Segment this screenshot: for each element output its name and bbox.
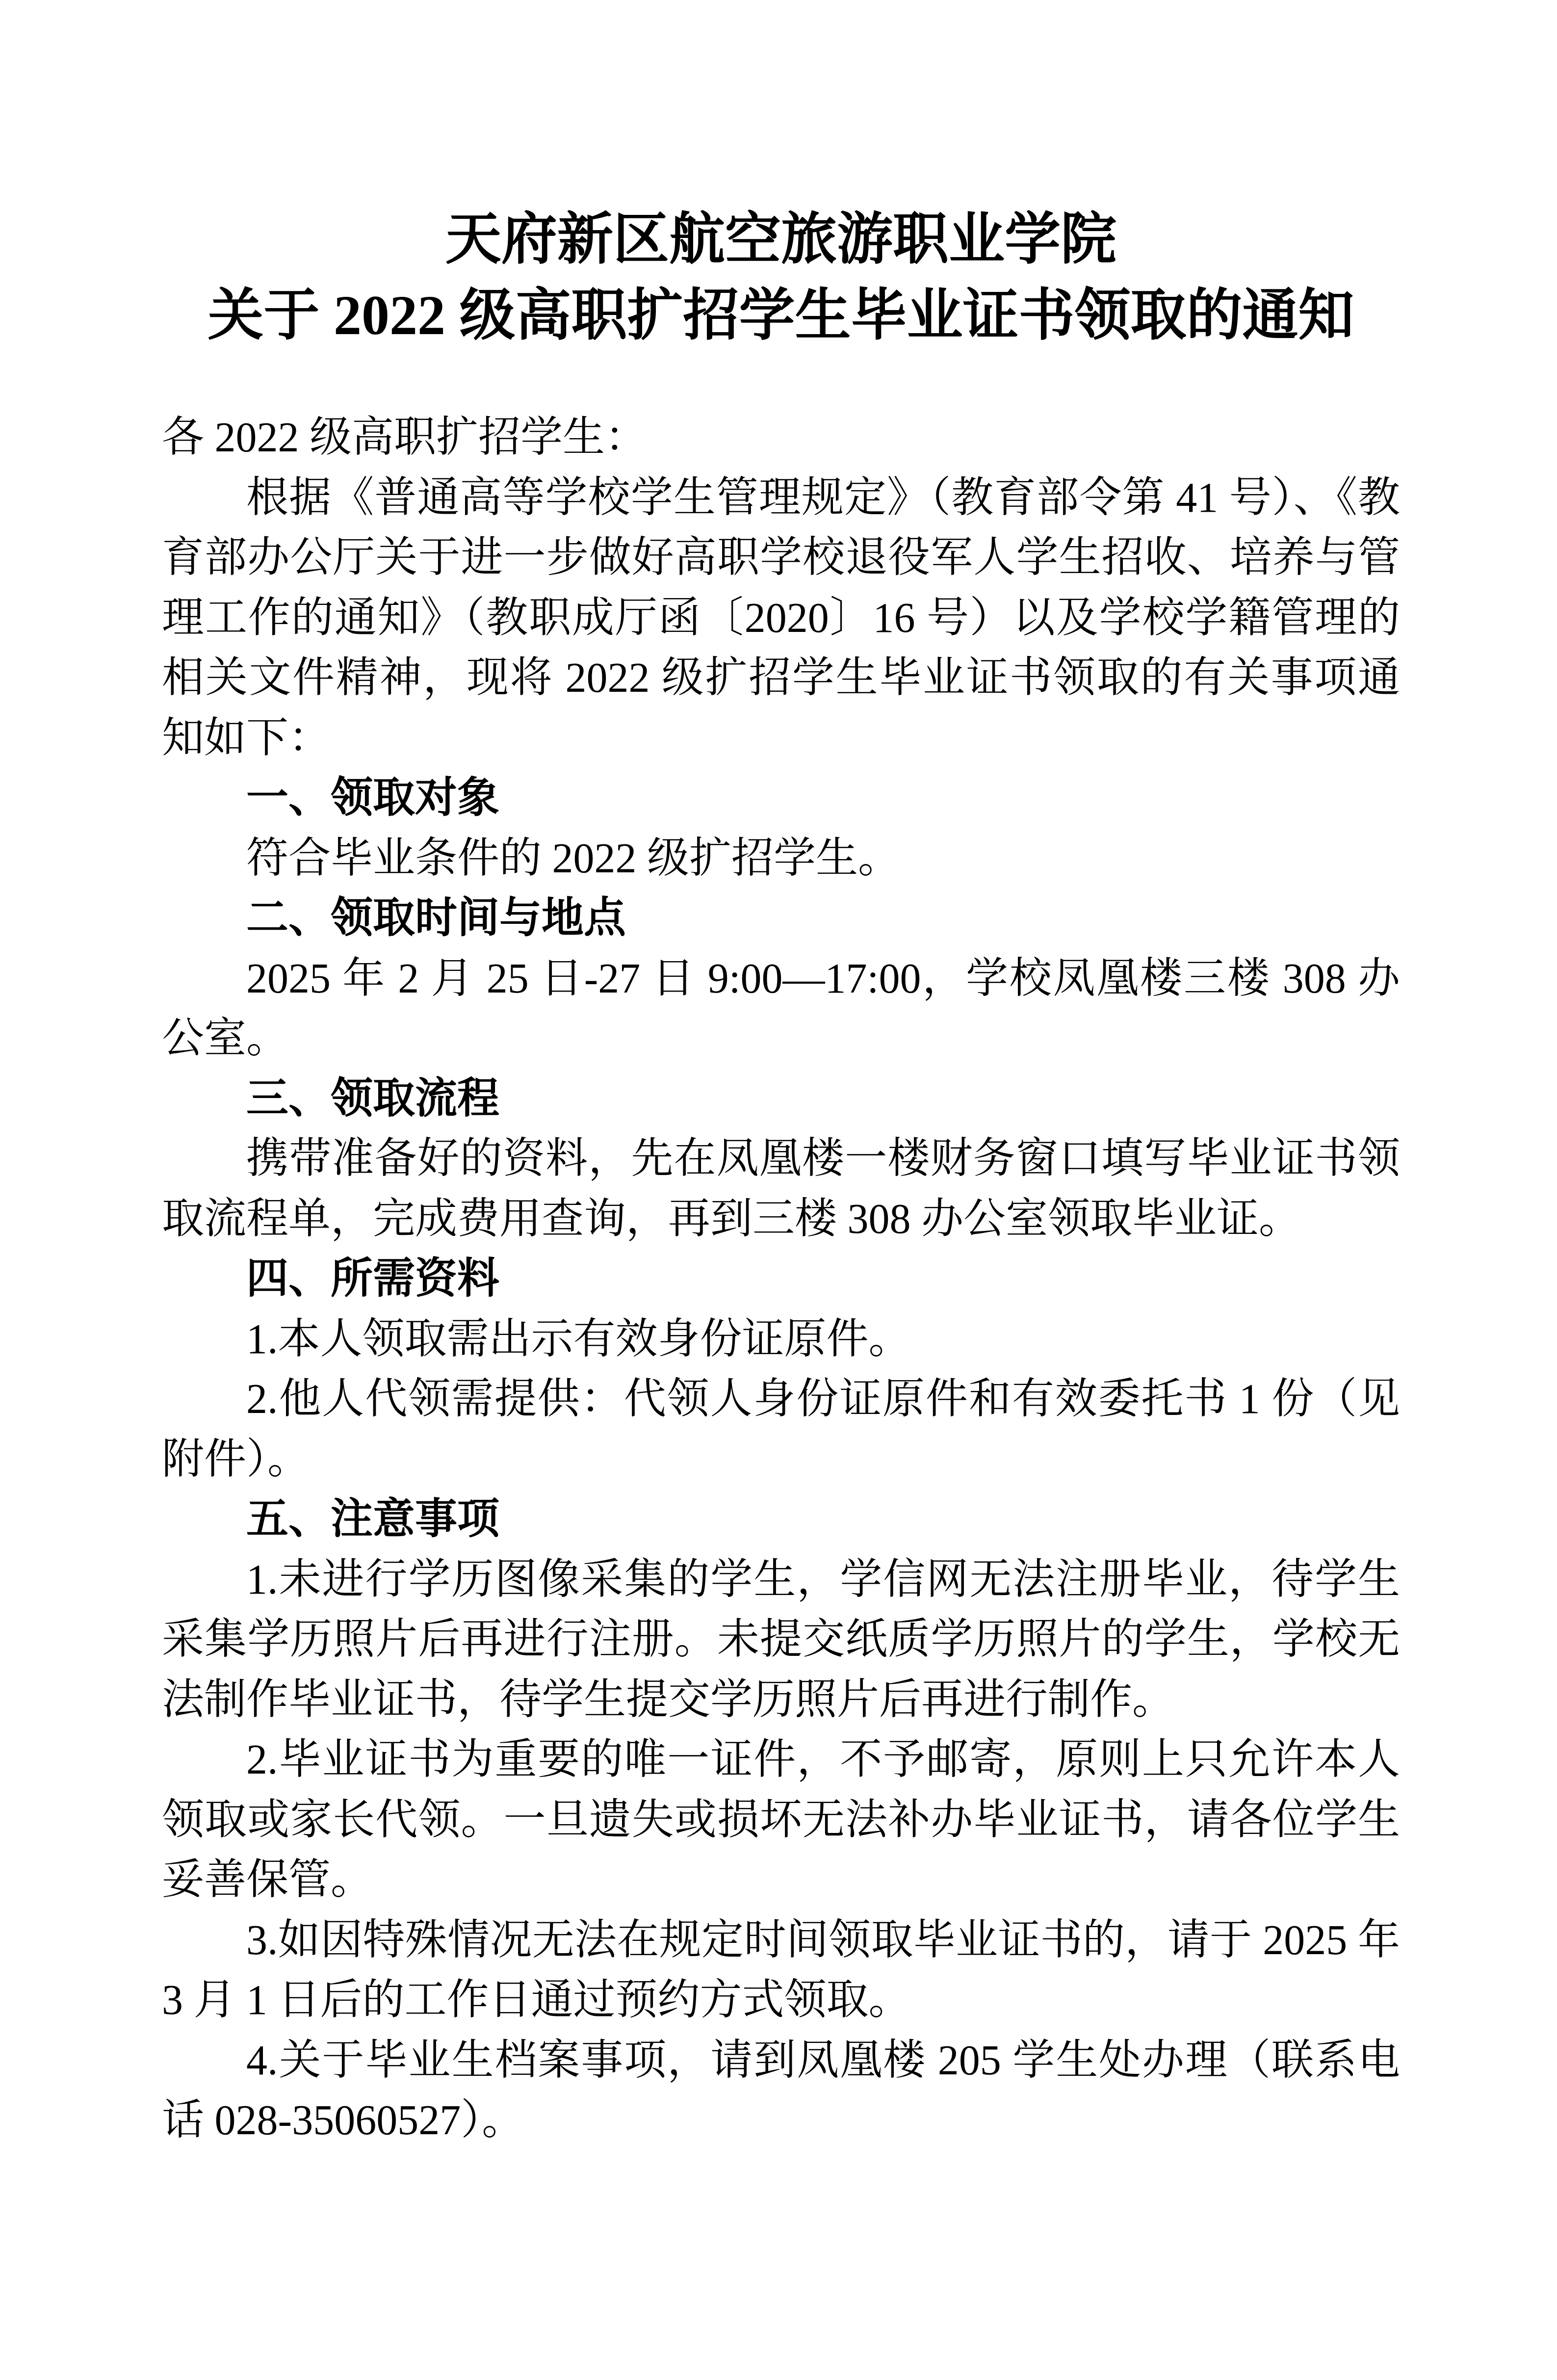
salutation: 各 2022 级高职扩招学生： xyxy=(162,407,1400,468)
section-1-paragraph: 符合毕业条件的 2022 级扩招学生。 xyxy=(162,828,1400,889)
section-5-item-2: 2.毕业证书为重要的唯一证件，不予邮寄，原则上只允许本人领取或家长代领。一旦遗失… xyxy=(162,1729,1400,1910)
section-4-item-1: 1.本人领取需出示有效身份证原件。 xyxy=(162,1309,1400,1369)
title-school-name: 天府新区航空旅游职业学院 xyxy=(162,201,1400,277)
section-3-paragraph: 携带准备好的资料，先在凤凰楼一楼财务窗口填写毕业证书领取流程单，完成费用查询，再… xyxy=(162,1128,1400,1249)
intro-paragraph: 根据《普通高等学校学生管理规定》（教育部令第 41 号）、《教育部办公厅关于进一… xyxy=(162,468,1400,768)
section-4-item-2: 2.他人代领需提供：代领人身份证原件和有效委托书 1 份（见附件）。 xyxy=(162,1369,1400,1489)
section-4-heading: 四、所需资料 xyxy=(162,1249,1400,1309)
section-5-heading: 五、注意事项 xyxy=(162,1489,1400,1549)
title-notice-subject: 关于 2022 级高职扩招学生毕业证书领取的通知 xyxy=(162,277,1400,353)
section-1-heading: 一、领取对象 xyxy=(162,768,1400,828)
document-body: 各 2022 级高职扩招学生： 根据《普通高等学校学生管理规定》（教育部令第 4… xyxy=(162,407,1400,2150)
notice-document: 天府新区航空旅游职业学院 关于 2022 级高职扩招学生毕业证书领取的通知 各 … xyxy=(0,0,1557,2380)
section-5-item-1: 1.未进行学历图像采集的学生，学信网无法注册毕业，待学生采集学历照片后再进行注册… xyxy=(162,1549,1400,1730)
document-title: 天府新区航空旅游职业学院 关于 2022 级高职扩招学生毕业证书领取的通知 xyxy=(162,201,1400,353)
section-2-paragraph: 2025 年 2 月 25 日-27 日 9:00—17:00，学校凤凰楼三楼 … xyxy=(162,948,1400,1069)
section-5-item-3: 3.如因特殊情况无法在规定时间领取毕业证书的，请于 2025 年 3 月 1 日… xyxy=(162,1910,1400,2030)
section-2-heading: 二、领取时间与地点 xyxy=(162,888,1400,948)
section-3-heading: 三、领取流程 xyxy=(162,1069,1400,1129)
section-5-item-4: 4.关于毕业生档案事项，请到凤凰楼 205 学生处办理（联系电话 028-350… xyxy=(162,2030,1400,2150)
